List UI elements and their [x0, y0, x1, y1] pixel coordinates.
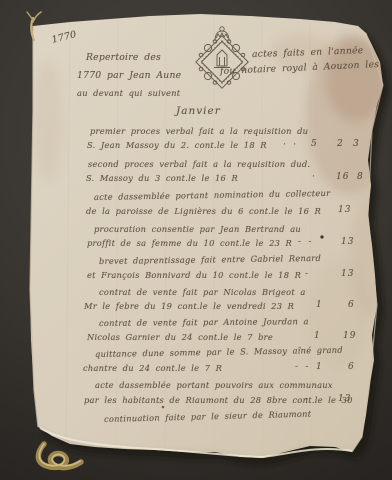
- entry-1-sols: 2: [337, 139, 344, 149]
- header-line2-left: 1770 par Jean Aune: [77, 70, 181, 81]
- entry-7-livres: 1: [314, 331, 321, 341]
- entry-4-line1: procuration consentie par Jean Bertrand …: [94, 224, 301, 234]
- entry-6-livres: 1: [316, 300, 323, 310]
- manuscript-text: 1770 Repertoire des actes faits en l'ann…: [0, 0, 392, 480]
- entry-2-leader: ·: [312, 172, 316, 182]
- manuscript-photograph: 1770 Repertoire des actes faits en l'ann…: [0, 0, 392, 480]
- entry-5-sols: 13: [341, 269, 354, 279]
- entry-9-sols: 13: [338, 394, 351, 404]
- header-line1-right: actes faits en l'année: [252, 45, 364, 60]
- header-line3: au devant qui suivent: [77, 88, 180, 98]
- entry-6-line1: contrat de vente fait par Nicolas Brigeo…: [99, 287, 306, 297]
- entry-1-line2: S. Jean Massoy du 2. cont.le le 18 R: [87, 140, 267, 150]
- entry-8-livres: 1: [316, 362, 323, 372]
- year-note: 1770: [51, 29, 78, 46]
- header-line1-left: Repertoire des: [86, 52, 161, 63]
- entry-4-line2: proffit de sa femme du 10 cont.le le 23 …: [87, 238, 292, 248]
- entry-4-leader: - -: [298, 237, 312, 247]
- month-heading: Janvier: [176, 105, 221, 117]
- entry-7-line2: Nicolas Garnier du 24 cont.le le 7 bre: [87, 332, 273, 342]
- entry-6-sols: 6: [348, 300, 355, 310]
- entry-5-leader: -: [305, 269, 309, 279]
- entry-9-line2: par les habitants de Riaumont du 28 8bre…: [84, 395, 353, 405]
- entry-7-sols: 19: [343, 331, 356, 341]
- entry-3-line1: acte dassemblée portant nomination du co…: [94, 188, 330, 202]
- entry-1-deniers: 3: [353, 139, 360, 149]
- entry-2-sols: 16: [336, 172, 349, 182]
- entry-6-line2: Mr le febre du 19 cont.le le vendredi 23…: [84, 301, 294, 311]
- entry-1-livres: 5: [311, 139, 318, 149]
- entry-4-sols: 13: [341, 237, 354, 247]
- entry-1-line1: premier proces verbal fait a la requisit…: [90, 126, 308, 136]
- entry-8-sols: 6: [348, 362, 355, 372]
- entry-3-sols: 13: [338, 205, 351, 215]
- entry-3-line2: de la paroisse de Lignières du 6 cont.le…: [86, 206, 321, 216]
- footer-line: continuation faite par le sieur de Riaum…: [104, 409, 311, 424]
- entry-5-line2: et François Bonnivard du 10 cont.le le 1…: [87, 270, 301, 280]
- entry-1-leader: · ·: [283, 140, 297, 150]
- entry-8-line1: quittance dune somme par le S. Massoy aî…: [95, 345, 343, 359]
- header-line2-right: fou notaire royal à Aouzon les: [220, 59, 380, 77]
- entry-2-line1: second proces verbal fait a la requisiti…: [88, 159, 310, 169]
- entry-9-leader: -: [305, 394, 309, 404]
- entry-9-line1: acte dassemblée portant pouvoirs aux com…: [95, 380, 333, 390]
- entry-7-line1: contrat de vente fait par Antoine Jourda…: [99, 316, 309, 328]
- entry-2-line2: S. Massoy du 3 cont.le le 16 R: [86, 173, 238, 183]
- entry-5-line1: brevet daprentissage fait entre Gabriel …: [99, 253, 321, 266]
- entry-8-leader: - -: [295, 362, 309, 372]
- entry-2-deniers: 8: [357, 172, 364, 182]
- entry-8-line2: chantre du 24 cont.le le 7 R: [83, 363, 222, 373]
